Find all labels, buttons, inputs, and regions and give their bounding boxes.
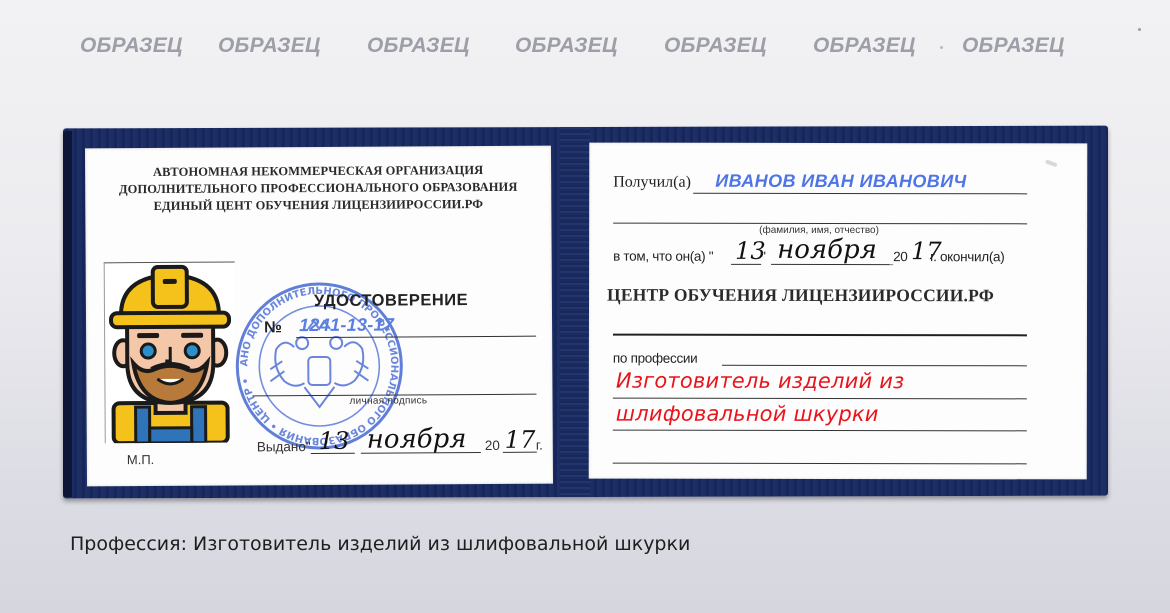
watermark: ОБРАЗЕЦ (664, 34, 766, 58)
watermark: ОБРАЗЕЦ (367, 34, 469, 58)
issued-label: Выдано" (257, 439, 311, 454)
issued-day: 13 (319, 427, 350, 455)
year-unit: г. (536, 438, 543, 453)
watermark: ОБРАЗЕЦ (80, 34, 182, 58)
profession-underline (722, 365, 1027, 367)
watermark: ОБРАЗЕЦ (813, 34, 915, 58)
received-label: Получил(а) (613, 174, 691, 192)
org-header-line: ЕДИНЫЙ ЦЕНТ ОБУЧЕНИЯ ЛИЦЕНЗИИРОССИИ.РФ (85, 196, 551, 216)
certificate-spine (560, 127, 590, 497)
profession-line: шлифовальной шкурки (616, 402, 879, 426)
recipient-name: ИВАНОВ ИВАН ИВАНОВИЧ (715, 171, 967, 192)
watermark-row: ОБРАЗЕЦ ОБРАЗЕЦ ОБРАЗЕЦ ОБРАЗЕЦ ОБРАЗЕЦ … (0, 34, 1170, 64)
profession-label: по профессии (613, 351, 698, 366)
paper-mark (1045, 159, 1058, 167)
completion-month-underline (771, 264, 893, 265)
signature-label: личная подпись (349, 395, 427, 406)
issued-month: ноября (367, 424, 467, 455)
completion-day-underline (731, 264, 761, 265)
issued-text: Выдано (257, 439, 306, 454)
year-prefix: 20 (485, 438, 500, 453)
number-label: № (264, 319, 282, 337)
completion-prefix: в том, что он(а) " (613, 249, 713, 264)
issued-year: 17 (505, 426, 536, 454)
stamp-place-label: М.П. (127, 452, 154, 467)
watermark: ОБРАЗЕЦ (218, 34, 320, 58)
watermark: ОБРАЗЕЦ (962, 34, 1064, 58)
completion-year-prefix: 20 (893, 249, 907, 264)
number-underline (296, 336, 536, 338)
completion-quote: " (761, 249, 766, 264)
organization-header: АВТОНОМНАЯ НЕКОММЕРЧЕСКАЯ ОРГАНИЗАЦИЯ ДО… (85, 162, 551, 216)
holder-photo (104, 262, 236, 444)
center-underline (613, 334, 1027, 337)
certificate-number: 1241-13-17 (299, 315, 394, 337)
profession-line: Изготовитель изделий из (616, 369, 905, 394)
dust-speck (1138, 28, 1141, 31)
profession-underline-4 (613, 463, 1027, 465)
profession-underline-3 (613, 430, 1027, 432)
profession-caption: Профессия: Изготовитель изделий из шлифо… (70, 533, 690, 555)
certificate-right-page: Получил(а) ИВАНОВ ИВАН ИВАНОВИЧ (фамилия… (589, 143, 1088, 480)
completion-suffix: г. окончил(а) (930, 249, 1004, 264)
worker-avatar-icon (105, 263, 236, 444)
completion-month: ноября (777, 235, 877, 265)
profession-underline-2 (613, 398, 1027, 400)
dust-speck (940, 46, 943, 49)
training-center-name: ЦЕНТР ОБУЧЕНИЯ ЛИЦЕНЗИИРОССИИ.РФ (607, 285, 994, 307)
name-underline (693, 193, 1027, 195)
year-underline (503, 452, 537, 453)
watermark: ОБРАЗЕЦ (515, 34, 617, 58)
cover-edge (63, 131, 72, 497)
certificate-left-page: АВТОНОМНАЯ НЕКОММЕРЧЕСКАЯ ОРГАНИЗАЦИЯ ДО… (85, 146, 553, 487)
certificate-title: УДОСТОВЕРЕНИЕ (314, 291, 468, 311)
